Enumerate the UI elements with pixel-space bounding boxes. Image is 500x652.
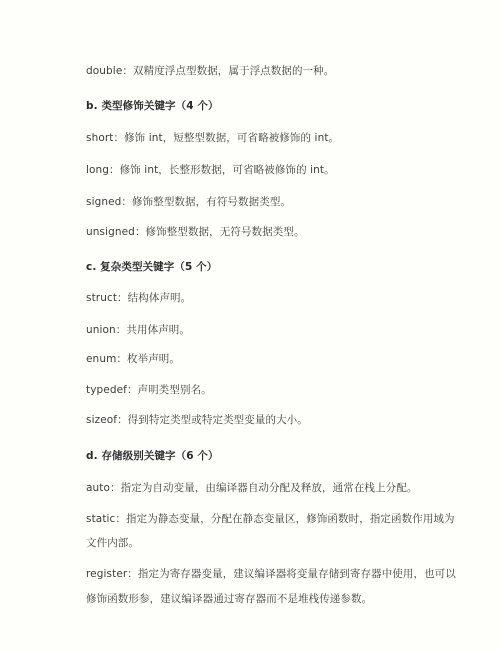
paragraph-register-line2: 修饰函数形参，建议编译器通过寄存器而不是堆栈传递参数。 xyxy=(86,592,372,606)
paragraph-sizeof: sizeof：得到特定类型或特定类型变量的大小。 xyxy=(86,413,308,427)
paragraph-typedef: typedef：声明类型别名。 xyxy=(86,383,212,397)
paragraph-double: double：双精度浮点型数据，属于浮点数据的一种。 xyxy=(86,64,334,78)
paragraph-static-line1: static：指定为静态变量，分配在静态变量区，修饰函数时，指定函数作用域为 xyxy=(86,512,455,526)
heading-storage-class-keywords: d. 存储级别关键字（6 个） xyxy=(86,449,219,463)
document-page: double：双精度浮点型数据，属于浮点数据的一种。 b. 类型修饰关键字（4 … xyxy=(0,0,500,652)
paragraph-unsigned: unsigned：修饰整型数据，无符号数据类型。 xyxy=(86,225,305,239)
paragraph-struct: struct：结构体声明。 xyxy=(86,291,191,305)
paragraph-long: long：修饰 int，长整形数据，可省略被修饰的 int。 xyxy=(86,163,335,177)
paragraph-signed: signed：修饰整型数据，有符号数据类型。 xyxy=(86,195,291,209)
paragraph-auto: auto：指定为自动变量，由编译器自动分配及释放，通常在栈上分配。 xyxy=(86,481,417,495)
paragraph-static-line2: 文件内部。 xyxy=(86,536,139,550)
paragraph-register-line1: register：指定为寄存器变量，建议编译器将变量存储到寄存器中使用，也可以 xyxy=(86,567,456,581)
heading-type-modifier-keywords: b. 类型修饰关键字（4 个） xyxy=(86,99,219,113)
heading-complex-type-keywords: c. 复杂类型关键字（5 个） xyxy=(86,260,217,274)
paragraph-short: short：修饰 int，短整型数据，可省略被修饰的 int。 xyxy=(86,131,339,145)
paragraph-union: union：共用体声明。 xyxy=(86,323,190,337)
paragraph-enum: enum：枚举声明。 xyxy=(86,352,180,366)
